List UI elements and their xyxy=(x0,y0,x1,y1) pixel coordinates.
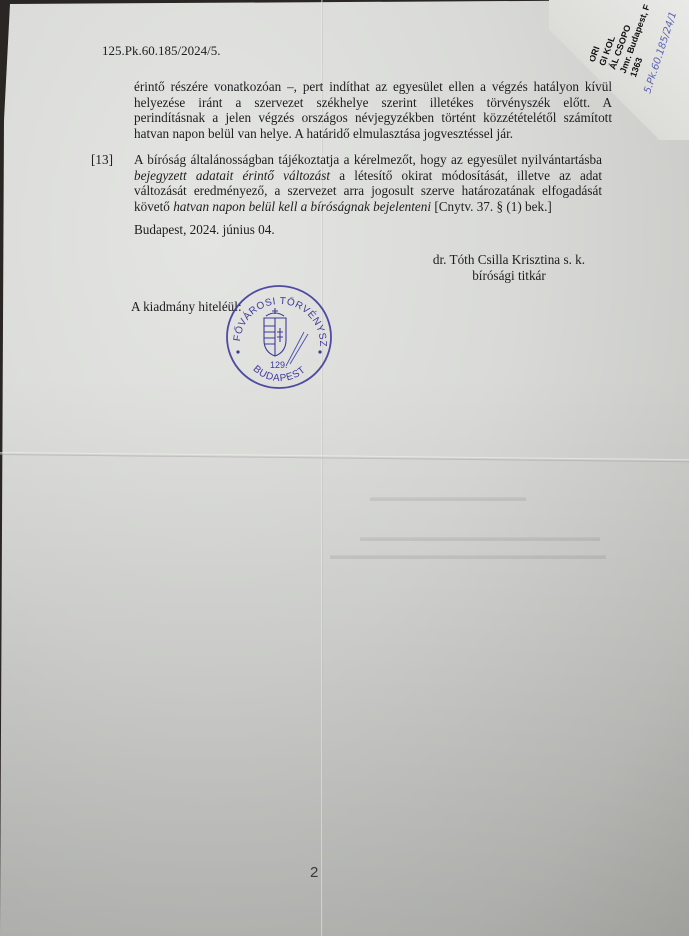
paragraph-line: érintő részére vonatkozóan –, pert indít… xyxy=(134,79,612,95)
paragraph-line: követő hatvan napon belül kell a bíróság… xyxy=(134,199,602,215)
paragraph-line: hatvan napon belül van helye. A határidő… xyxy=(134,126,612,142)
svg-text:FŐVÁROSI TÖRVÉNYSZÉK: FŐVÁROSI TÖRVÉNYSZÉK xyxy=(224,282,328,347)
text-span: a létesítő okirat módosítását, illetve a… xyxy=(330,168,602,183)
stamp-number: 129. xyxy=(270,360,288,370)
text-span: [Cnytv. 37. § (1) bek.] xyxy=(431,199,552,214)
coat-of-arms-icon xyxy=(264,308,286,356)
svg-text:5.Pk.60.185/24/1: 5.Pk.60.185/24/1 xyxy=(642,10,679,95)
text-span: A bíróság általánosságban tájékoztatja a… xyxy=(134,152,602,167)
paragraph-line: bejegyzett adatait érintő változást a lé… xyxy=(134,168,602,184)
paragraph-line: A bíróság általánosságban tájékoztatja a… xyxy=(134,152,602,168)
italic-text: bejegyzett adatait érintő változást xyxy=(134,168,330,183)
paragraph-number: [13] xyxy=(91,152,113,168)
signer-title: bírósági titkár xyxy=(427,268,591,284)
text-span: változását eredményező, a szervezet arra… xyxy=(134,183,602,198)
paragraph-continuation: érintő részére vonatkozóan –, pert indít… xyxy=(134,79,612,141)
paragraph-13: A bíróság általánosságban tájékoztatja a… xyxy=(134,152,602,214)
paragraph-line: változását eredményező, a szervezet arra… xyxy=(134,183,602,199)
court-seal-stamp: FŐVÁROSI TÖRVÉNYSZÉK BUDAPEST 129. xyxy=(224,282,334,392)
paragraph-line: perindításnak a jelen végzés országos né… xyxy=(134,110,612,126)
page-number: 2 xyxy=(310,865,318,881)
case-number: 125.Pk.60.185/2024/5. xyxy=(102,43,220,59)
show-through-text: ▬▬▬▬▬▬▬▬▬▬▬▬▬ xyxy=(370,490,526,505)
text-span: követő xyxy=(134,199,173,214)
show-through-text: ▬▬▬▬▬▬▬▬▬▬▬▬▬▬▬▬▬▬▬▬▬▬▬ xyxy=(330,548,606,563)
signature-block: dr. Tóth Csilla Krisztina s. k. bírósági… xyxy=(427,252,591,284)
place-and-date: Budapest, 2024. június 04. xyxy=(134,222,275,238)
italic-text: hatvan napon belül kell a bíróságnak bej… xyxy=(173,199,431,214)
stamp-top-text: FŐVÁROSI TÖRVÉNYSZÉK xyxy=(224,282,328,347)
paragraph-line: helyezése iránt a szervezet székhelye sz… xyxy=(134,95,612,111)
signer-name: dr. Tóth Csilla Krisztina s. k. xyxy=(427,252,591,268)
handwritten-file-number: 5.Pk.60.185/24/1 xyxy=(640,2,689,102)
show-through-text: ▬▬▬▬▬▬▬▬▬▬▬▬▬▬▬▬▬▬▬▬ xyxy=(360,530,600,545)
signature-stroke xyxy=(286,332,308,366)
